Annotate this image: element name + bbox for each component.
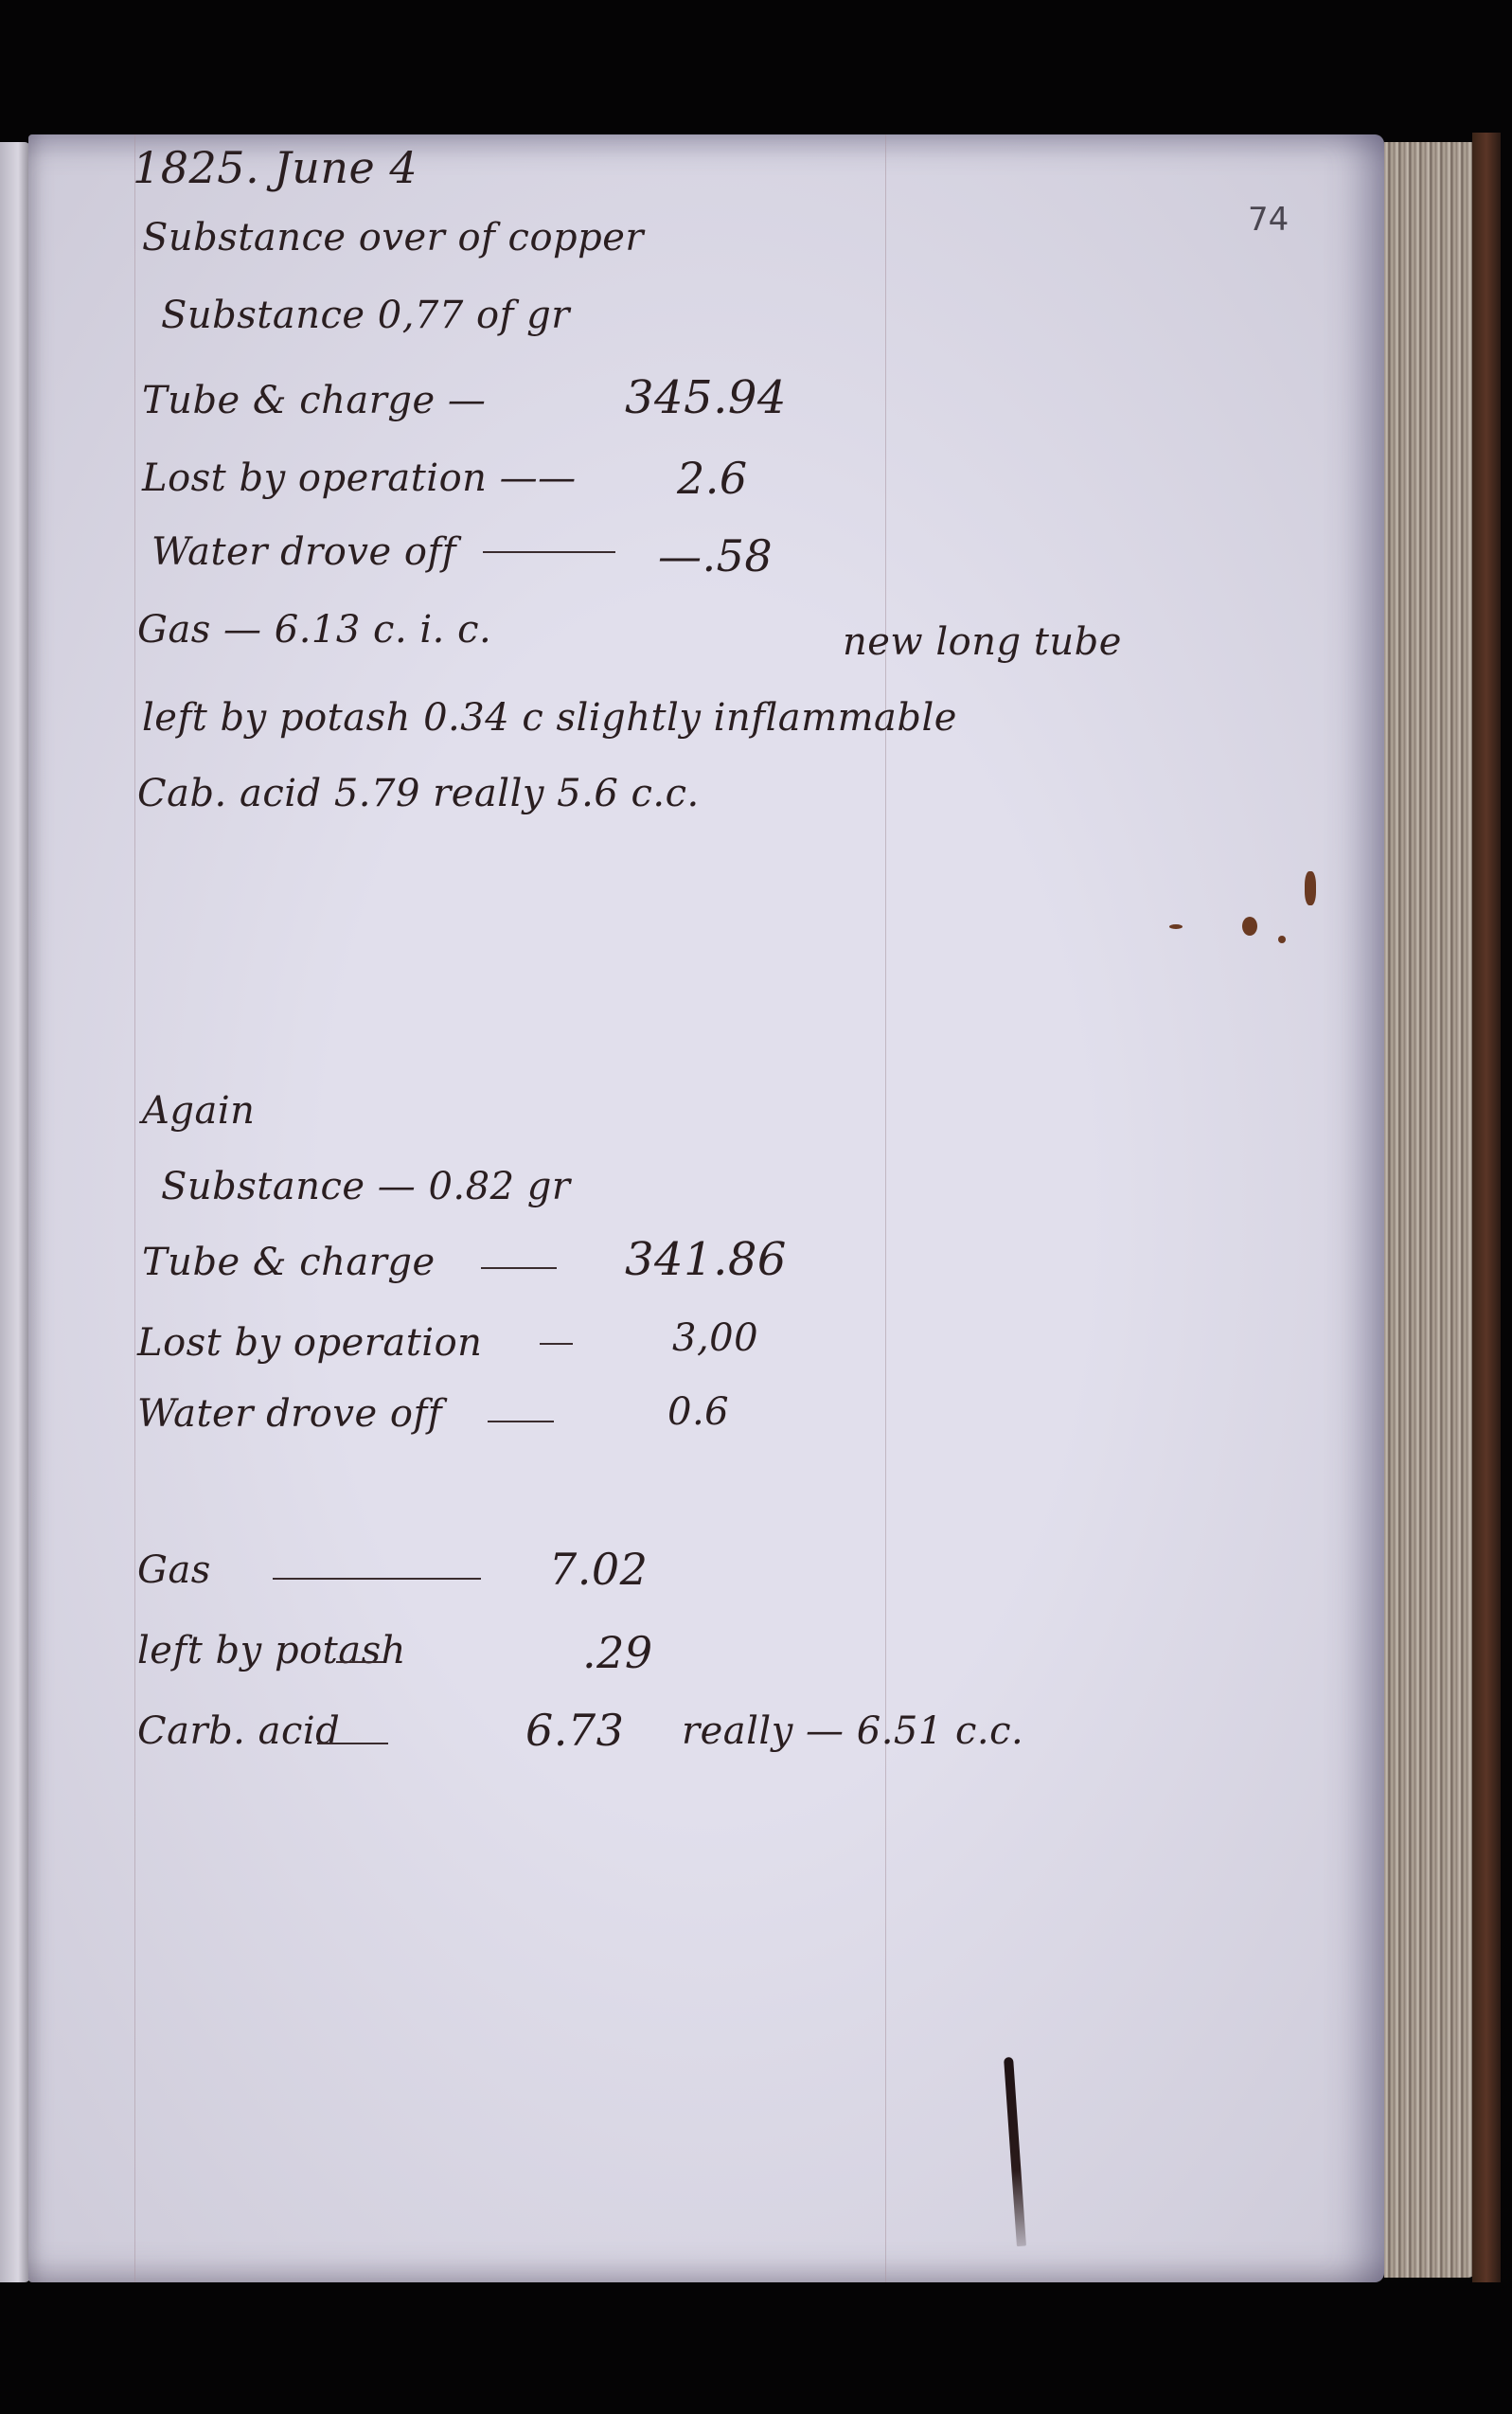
lost-value: 2.6 [677,453,748,504]
water-value: —.58 [658,530,773,581]
ink-stain [1278,936,1286,943]
entry-date: 1825. June 4 [133,142,418,193]
book-cover-edge [1472,133,1501,2282]
gas2-label: Gas [137,1548,211,1592]
carb2-note: really — 6.51 c.c. [682,1709,1023,1753]
leader-line [540,1343,573,1345]
lost2-label: Lost by operation [137,1321,482,1365]
again-heading: Again [142,1089,255,1133]
leader-line [273,1578,481,1580]
facing-page-edge [0,142,30,2282]
tube-charge-label: Tube & charge — [142,379,486,422]
carb-acid-line: Cab. acid 5.79 really 5.6 c.c. [137,772,700,815]
tube-charge-value: 345.94 [625,371,787,424]
ink-stain [1305,871,1316,905]
water-label: Water drove off [151,530,456,574]
margin-rule [134,134,135,2282]
leader-line [481,1267,557,1269]
substance2-line: Substance — 0.82 gr [161,1165,571,1208]
gas-line: Gas — 6.13 c. i. c. [137,608,491,652]
leader-line [336,1661,383,1663]
gas2-value: 7.02 [549,1544,648,1595]
leader-line [317,1743,388,1744]
ink-stain [1169,924,1183,929]
page-number: 74 [1248,201,1289,239]
leader-line [483,551,615,553]
page-stack-edges [1384,142,1477,2278]
entry-subtitle: Substance over of copper [142,216,644,259]
lost2-value: 3,00 [672,1316,758,1360]
potash2-label: left by potash [137,1629,406,1672]
water2-label: Water drove off [137,1392,442,1436]
substance-line: Substance 0,77 of gr [161,294,570,337]
potash2-value: .29 [582,1627,653,1678]
lost-label: Lost by operation —— [142,456,577,500]
row-label: Tube & charge — [142,379,486,422]
tube-charge2-value: 341.86 [625,1233,787,1286]
leader-line [488,1421,554,1422]
carb2-value: 6.73 [525,1705,624,1756]
column-rule [885,134,886,2282]
margin-note: new long tube [843,620,1122,664]
ink-stain [1242,917,1257,936]
tube-charge2-label: Tube & charge [142,1241,436,1284]
water2-value: 0.6 [667,1390,729,1434]
potash-line: left by potash 0.34 c slightly inflammab… [142,696,957,740]
carb2-label: Carb. acid [137,1709,340,1753]
